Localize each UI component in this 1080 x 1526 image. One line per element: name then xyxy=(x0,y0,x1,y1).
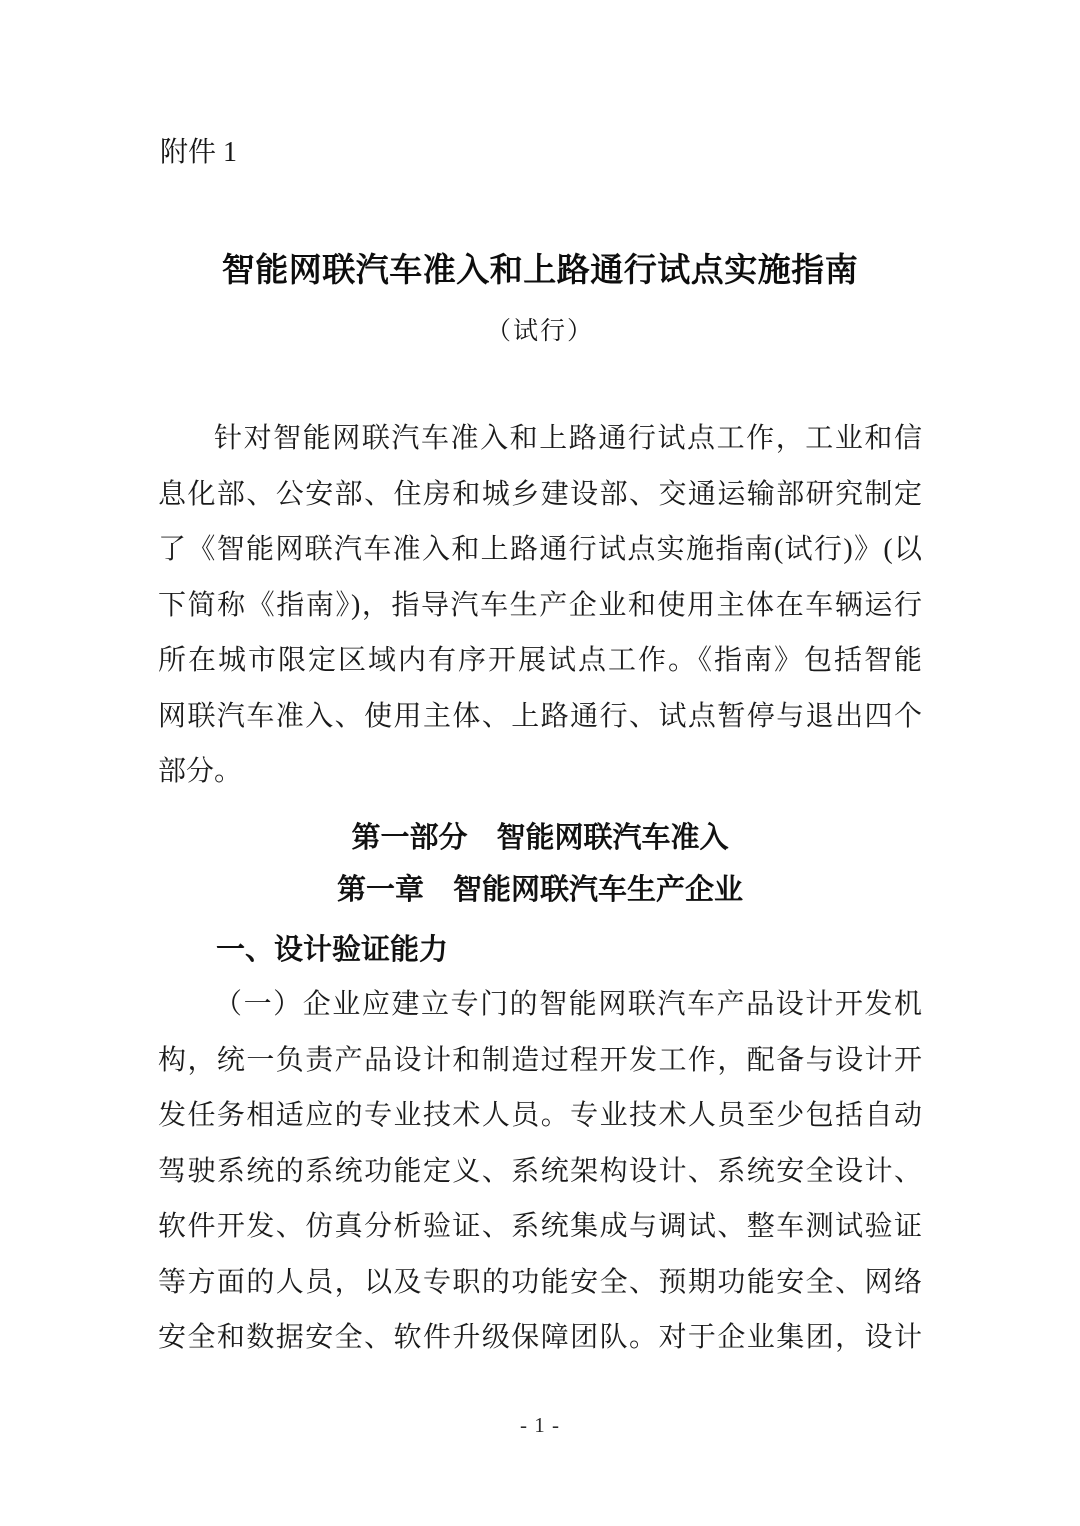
intro-paragraph: 针对智能网联汽车准入和上路通行试点工作，工业和信息化部、公安部、住房和城乡建设部… xyxy=(158,411,922,800)
body-paragraph: （一）企业应建立专门的智能网联汽车产品设计开发机构，统一负责产品设计和制造过程开… xyxy=(158,977,922,1366)
text-line: 息化部、公安部、住房和城乡建设部、交通运输部研究制定 xyxy=(158,467,922,523)
text-line: 了《智能网联汽车准入和上路通行试点实施指南(试行)》(以 xyxy=(158,522,922,578)
text-line: 软件开发、仿真分析验证、系统集成与调试、整车测试验证 xyxy=(158,1199,922,1255)
text-line: 下简称《指南》)，指导汽车生产企业和使用主体在车辆运行 xyxy=(158,578,922,634)
chapter-heading: 第一章 智能网联汽车生产企业 xyxy=(0,870,1080,910)
document-page: 附件 1 智能网联汽车准入和上路通行试点实施指南 （试行） 针对智能网联汽车准入… xyxy=(0,0,1080,1526)
text-line: 发任务相适应的专业技术人员。专业技术人员至少包括自动 xyxy=(158,1088,922,1144)
text-line: 驾驶系统的系统功能定义、系统架构设计、系统安全设计、 xyxy=(158,1144,922,1200)
text-line: 所在城市限定区域内有序开展试点工作。《指南》包括智能 xyxy=(158,633,922,689)
text-line: 等方面的人员，以及专职的功能安全、预期功能安全、网络 xyxy=(158,1255,922,1311)
text-line: （一）企业应建立专门的智能网联汽车产品设计开发机 xyxy=(158,977,922,1033)
text-line: 针对智能网联汽车准入和上路通行试点工作，工业和信 xyxy=(158,411,922,467)
part-heading: 第一部分 智能网联汽车准入 xyxy=(0,818,1080,858)
page-number: - 1 - xyxy=(0,1410,1080,1440)
section-heading: 一、设计验证能力 xyxy=(160,928,924,972)
text-line: 网联汽车准入、使用主体、上路通行、试点暂停与退出四个 xyxy=(158,689,922,745)
text-line: 构，统一负责产品设计和制造过程开发工作，配备与设计开 xyxy=(158,1033,922,1089)
document-subtitle: （试行） xyxy=(0,314,1080,350)
attachment-label: 附件 1 xyxy=(160,136,237,170)
text-line: 安全和数据安全、软件升级保障团队。对于企业集团，设计 xyxy=(158,1310,922,1366)
text-line: 部分。 xyxy=(158,744,922,800)
document-title: 智能网联汽车准入和上路通行试点实施指南 xyxy=(0,248,1080,294)
